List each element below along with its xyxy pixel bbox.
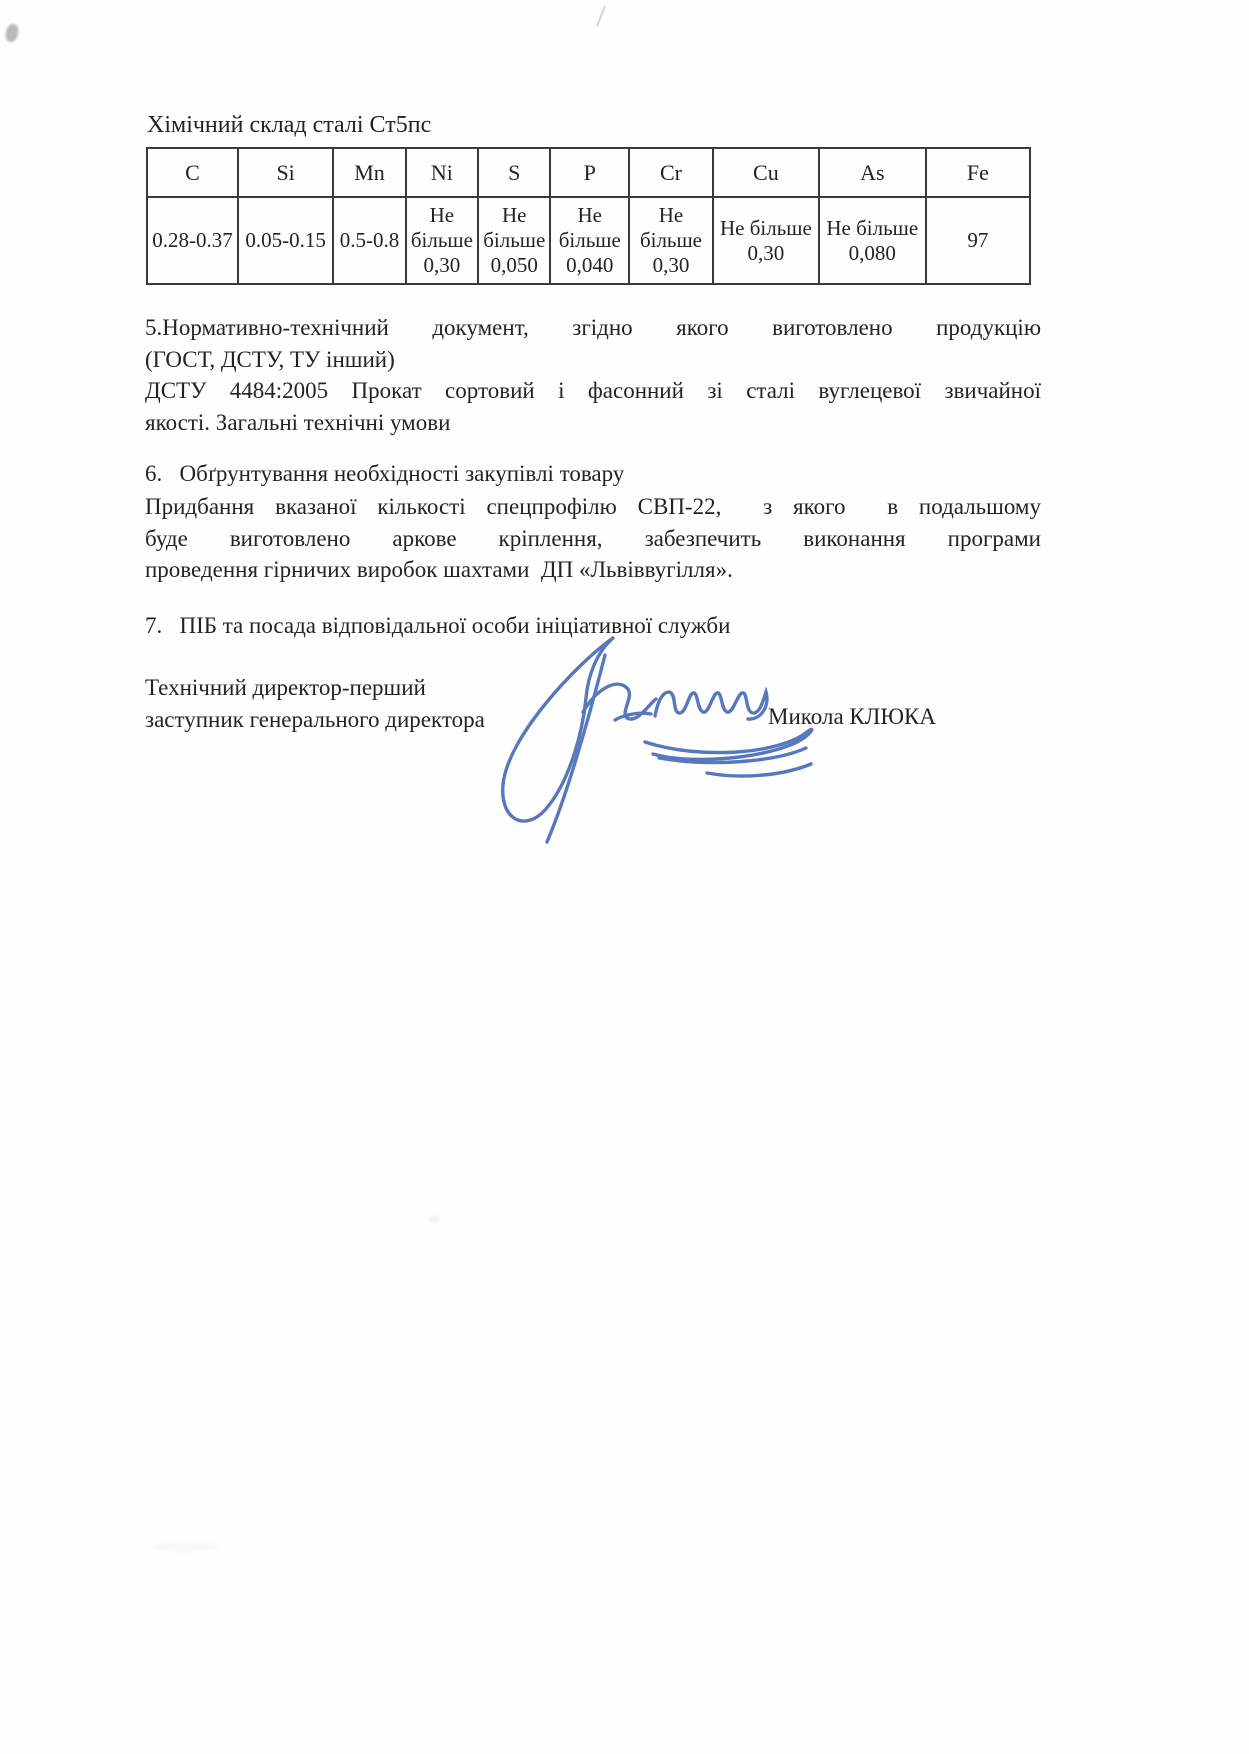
table-header-cell: Cu — [713, 148, 819, 197]
scan-artifact — [150, 1542, 220, 1552]
section-5-normative-document: 5.Нормативно-технічний документ, згідно … — [145, 312, 1041, 438]
table-header-cell: Mn — [333, 148, 405, 197]
table-header-cell: Ni — [406, 148, 478, 197]
signer-name: Микола КЛЮКА — [768, 704, 936, 730]
table-header-cell: C — [147, 148, 238, 197]
section-6-justification: Придбання вказаної кількості спецпрофілю… — [145, 491, 1041, 586]
paragraph-line: якості. Загальні технічні умови — [145, 407, 1041, 439]
table-header-row: C Si Mn Ni S P Cr Cu As Fe — [147, 148, 1030, 197]
paragraph-line: Придбання вказаної кількості спецпрофілю… — [145, 491, 1041, 523]
scan-artifact — [596, 5, 606, 26]
table-header-cell: Fe — [926, 148, 1030, 197]
table-header-cell: As — [819, 148, 926, 197]
chemical-composition-table: C Si Mn Ni S P Cr Cu As Fe 0.28-0.37 0.0… — [146, 147, 1031, 285]
table-cell: Не більше 0,30 — [406, 197, 478, 284]
table-header-cell: Cr — [629, 148, 713, 197]
document-page: Хімічний склад сталі Ст5пс C Si Mn Ni S … — [0, 0, 1249, 1754]
paragraph-line: (ГОСТ, ДСТУ, ТУ інший) — [145, 344, 1041, 376]
table-cell: 0.5-0.8 — [333, 197, 405, 284]
table-cell: 0.28-0.37 — [147, 197, 238, 284]
table-cell: Не більше 0,30 — [713, 197, 819, 284]
table-cell: Не більше 0,080 — [819, 197, 926, 284]
scan-artifact — [428, 1216, 440, 1223]
paragraph-line: 5.Нормативно-технічний документ, згідно … — [145, 312, 1041, 344]
handwritten-signature-ink — [455, 620, 850, 860]
page-title: Хімічний склад сталі Ст5пс — [147, 112, 431, 139]
table-header-cell: P — [550, 148, 629, 197]
table-cell: 0.05-0.15 — [238, 197, 333, 284]
section-6-heading: 6. Обґрунтування необхідності закупівлі … — [145, 458, 1041, 490]
table-cell: Не більше 0,30 — [629, 197, 713, 284]
table-header-cell: Si — [238, 148, 333, 197]
table-cell: Не більше 0,050 — [478, 197, 550, 284]
paragraph-line: буде виготовлено аркове кріплення, забез… — [145, 523, 1041, 555]
scan-artifact — [4, 23, 20, 43]
table-cell: Не більше 0,040 — [550, 197, 629, 284]
table-value-row: 0.28-0.37 0.05-0.15 0.5-0.8 Не більше 0,… — [147, 197, 1030, 284]
paragraph-line: ДСТУ 4484:2005 Прокат сортовий і фасонни… — [145, 375, 1041, 407]
table-cell: 97 — [926, 197, 1030, 284]
table-header-cell: S — [478, 148, 550, 197]
paragraph-line: проведення гірничих виробок шахтами ДП «… — [145, 554, 1041, 586]
